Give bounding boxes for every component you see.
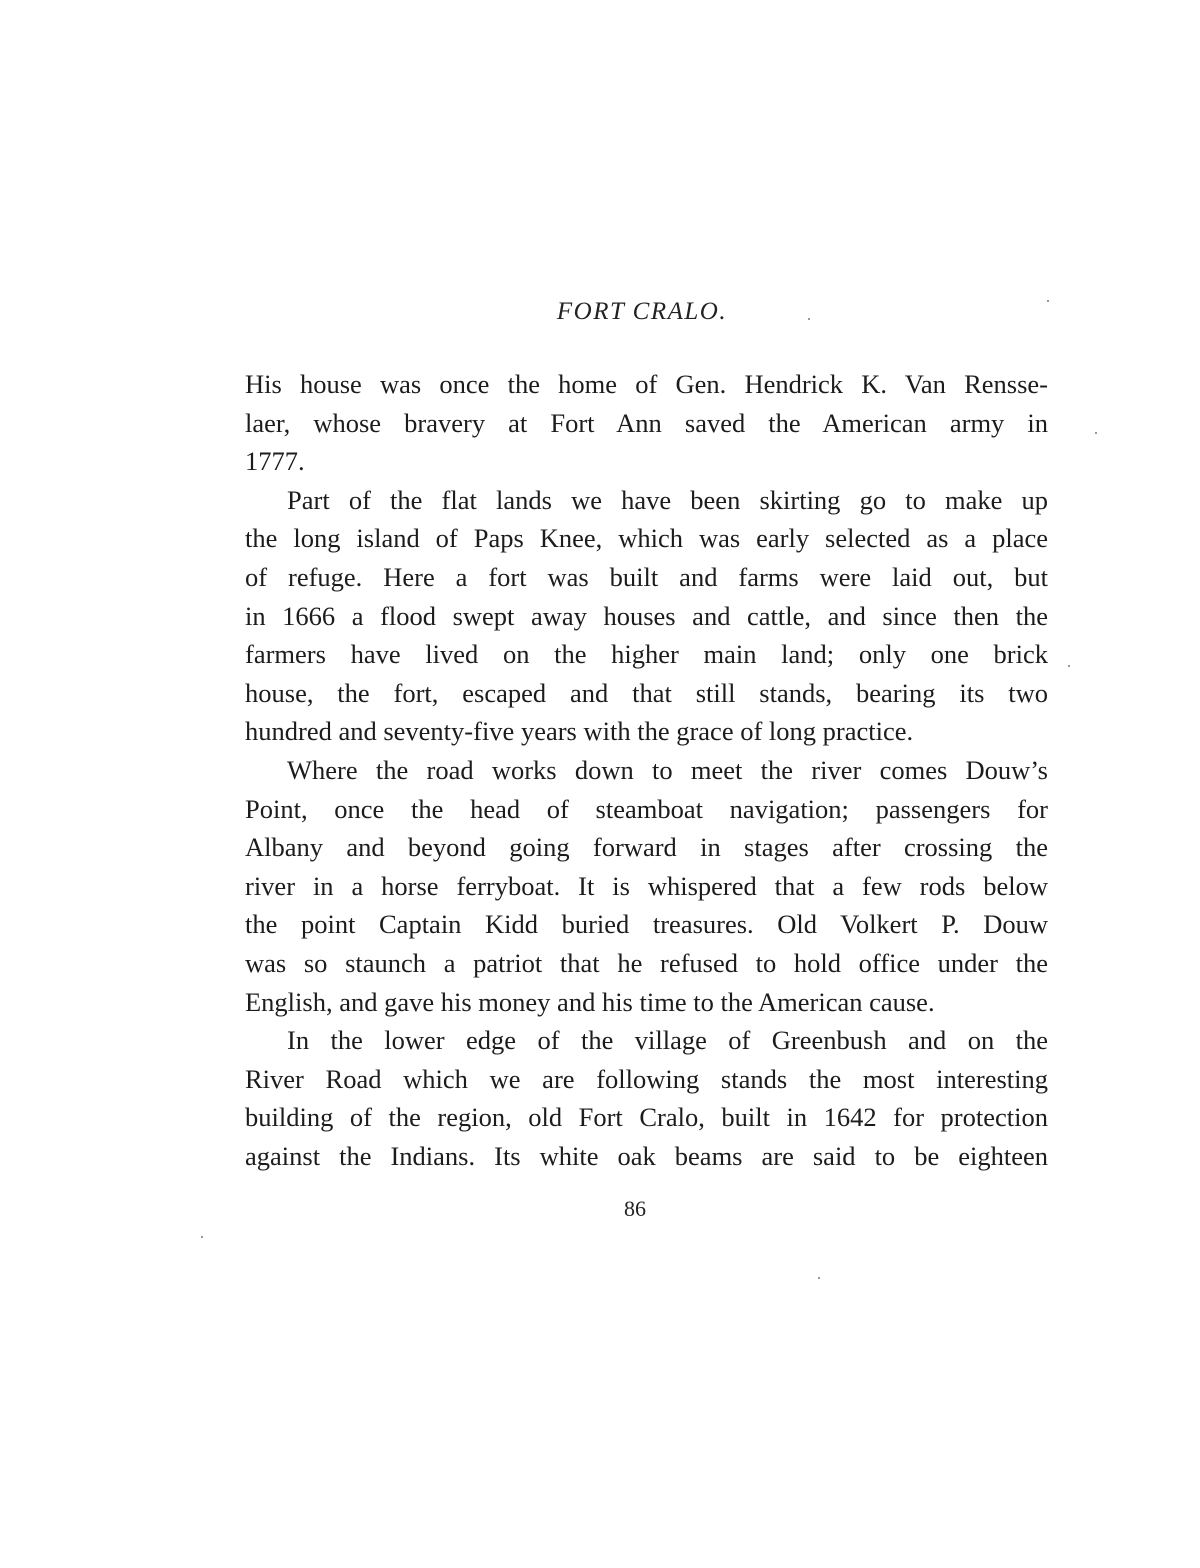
book-page: FORT CRALO. His house was once the home … <box>0 0 1200 1568</box>
text-line: Where the road works down to meet the ri… <box>245 751 1048 790</box>
text-line: against the Indians. Its white oak beams… <box>245 1137 1048 1176</box>
text-line: English, and gave his money and his time… <box>245 983 1048 1022</box>
scan-speck <box>818 1277 820 1279</box>
text-line: house, the fort, escaped and that still … <box>245 674 1048 713</box>
scan-speck <box>201 1236 203 1238</box>
scan-speck <box>1095 432 1097 434</box>
text-line: building of the region, old Fort Cralo, … <box>245 1098 1048 1137</box>
text-line: Point, once the head of steamboat naviga… <box>245 790 1048 829</box>
text-line: Part of the flat lands we have been skir… <box>245 481 1048 520</box>
running-head: FORT CRALO. <box>0 298 1200 326</box>
scan-speck <box>1068 665 1070 667</box>
text-line: laer, whose bravery at Fort Ann saved th… <box>245 404 1048 443</box>
text-line: the long island of Paps Knee, which was … <box>245 519 1048 558</box>
body-text: His house was once the home of Gen. Hend… <box>245 365 1048 1175</box>
text-line: was so staunch a patriot that he refused… <box>245 944 1048 983</box>
text-line: of refuge. Here a fort was built and far… <box>245 558 1048 597</box>
text-line: the point Captain Kidd buried treasures.… <box>245 905 1048 944</box>
text-line: in 1666 a flood swept away houses and ca… <box>245 597 1048 636</box>
text-line: 1777. <box>245 442 1048 481</box>
text-line: Albany and beyond going forward in stage… <box>245 828 1048 867</box>
page-number: 86 <box>0 1196 1200 1222</box>
text-line: His house was once the home of Gen. Hend… <box>245 365 1048 404</box>
text-line: hundred and seventy-five years with the … <box>245 712 1048 751</box>
text-line: river in a horse ferryboat. It is whispe… <box>245 867 1048 906</box>
scan-speck <box>1047 300 1049 302</box>
scan-speck <box>808 318 810 320</box>
text-line: In the lower edge of the village of Gree… <box>245 1021 1048 1060</box>
text-line: River Road which we are following stands… <box>245 1060 1048 1099</box>
text-line: farmers have lived on the higher main la… <box>245 635 1048 674</box>
